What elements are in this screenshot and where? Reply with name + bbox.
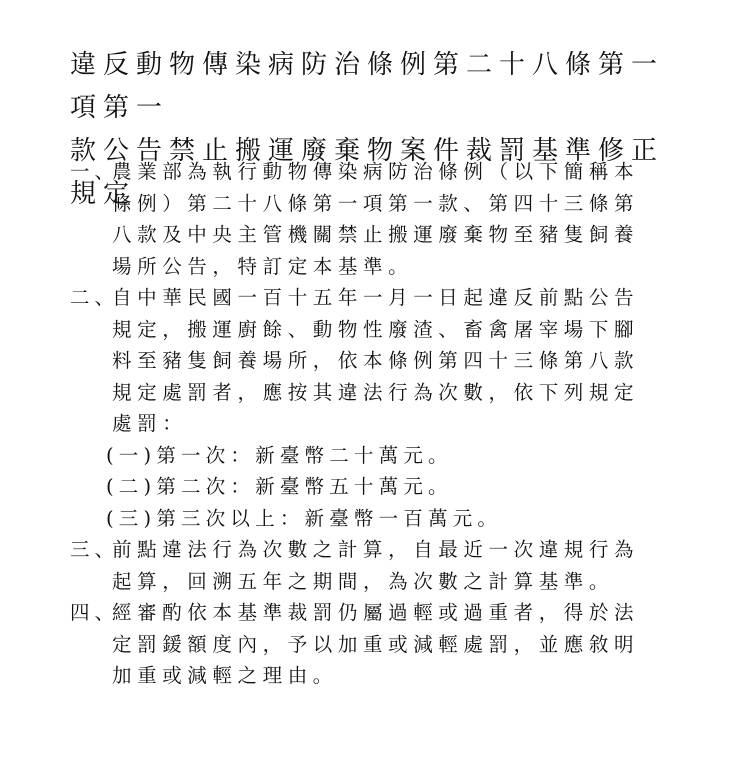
article-text: 自中華民國一百十五年一月一日起違反前點公告規定，搬運廚餘、動物性廢渣、畜禽屠宰場… [112,282,652,440]
document-body: 一、 農業部為執行動物傳染病防治條例（以下簡稱本條例）第二十八條第一項第一款、第… [70,156,670,692]
penalty-1: (一)第一次：新臺幣二十萬元。 [70,440,670,472]
article-text: 經審酌依本基準裁罰仍屬過輕或過重者，得於法定罰鍰額度內，予以加重或減輕處罰，並應… [112,597,652,692]
article-text: 農業部為執行動物傳染病防治條例（以下簡稱本條例）第二十八條第一項第一款、第四十三… [112,156,652,282]
article-1: 一、 農業部為執行動物傳染病防治條例（以下簡稱本條例）第二十八條第一項第一款、第… [70,156,670,282]
article-4: 四、 經審酌依本基準裁罰仍屬過輕或過重者，得於法定罰鍰額度內，予以加重或減輕處罰… [70,597,670,692]
penalty-3: (三)第三次以上：新臺幣一百萬元。 [70,503,670,535]
article-2: 二、 自中華民國一百十五年一月一日起違反前點公告規定，搬運廚餘、動物性廢渣、畜禽… [70,282,670,440]
penalty-2: (二)第二次：新臺幣五十萬元。 [70,471,670,503]
title-line-1: 違反動物傳染病防治條例第二十八條第一項第一 [70,44,670,130]
article-3: 三、 前點違法行為次數之計算，自最近一次違規行為起算，回溯五年之期間，為次數之計… [70,534,670,597]
article-number: 一、 [70,156,112,282]
article-text: 前點違法行為次數之計算，自最近一次違規行為起算，回溯五年之期間，為次數之計算基準… [112,534,652,597]
article-number: 二、 [70,282,112,440]
article-number: 三、 [70,534,112,597]
article-number: 四、 [70,597,112,692]
